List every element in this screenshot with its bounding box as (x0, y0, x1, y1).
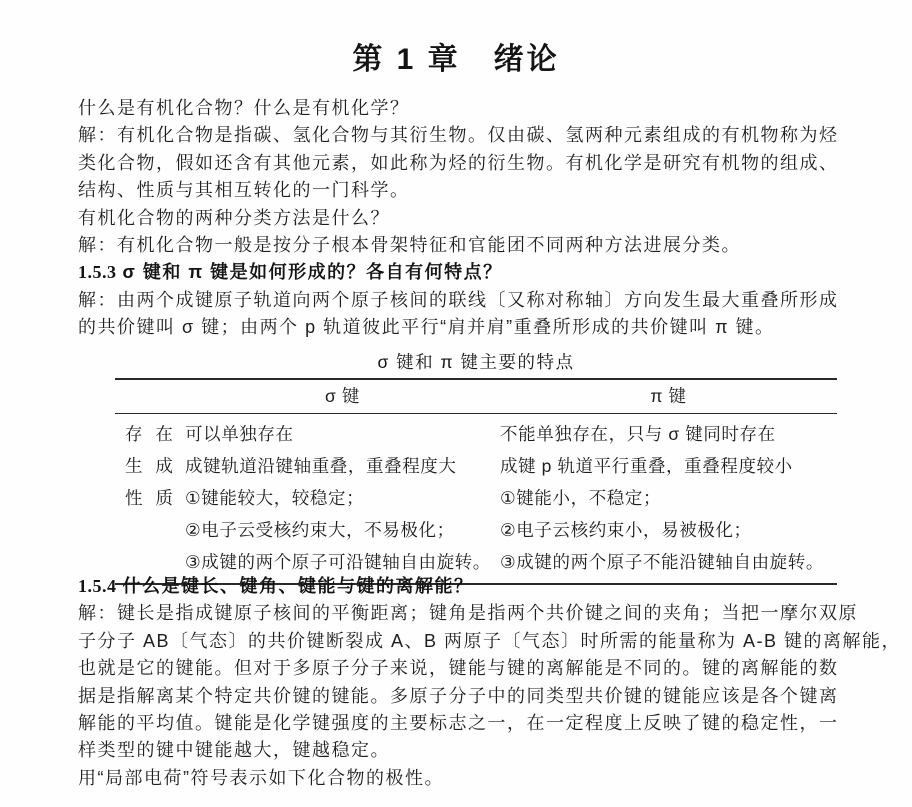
answer-line: 的共价键叫 σ 键；由两个 p 轨道彼此平行“肩并肩”重叠所形成的共价键叫 π … (78, 314, 862, 341)
table-header-pi: π 键 (500, 380, 837, 413)
answer-line: 解能的平均值。键能是化学键强度的主要标志之一，在一定程度上反映了键的稳定性，一 (78, 710, 862, 737)
chapter-title: 第 1 章 绪论 (0, 34, 912, 78)
pi-cell: 成键 p 轨道平行重叠，重叠程度较小 (500, 450, 837, 482)
pi-property-line: ①键能小，不稳定； (500, 482, 837, 514)
pi-cell: ①键能小，不稳定； ②电子云核约束小，易被极化； ③成键的两个原子不能沿键轴自由… (500, 482, 837, 578)
row-label: 存 在 (115, 418, 185, 450)
answer-line: 据是指解离某个特定共价键的键能。多原子分子中的同类型共价键的键能应该是各个键离 (78, 683, 862, 710)
table-row-properties: 性 质 ①键能较大，较稳定； ②电子云受核约束大，不易极化； ③成键的两个原子可… (115, 482, 837, 578)
table-body: 存 在 可以单独存在 不能单独存在，只与 σ 键同时存在 生 成 成键轨道沿键轴… (115, 414, 837, 578)
answer-line: 类化合物，假如还含有其他元素，如此称为烃的衍生物。有机化学是研究有机物的组成、 (78, 150, 862, 177)
question-line: 有机化合物的两种分类方法是什么？ (78, 205, 862, 232)
answer-line: 子分子 AB〔气态〕的共价键断裂成 A、B 两原子〔气态〕时所需的能量称为 A-… (78, 628, 862, 655)
section-number: 1.5.4 (78, 576, 117, 596)
row-label: 性 质 (115, 482, 185, 578)
lower-text-block: 1.5.4什么是键长、键角、键能与键的离解能？ 解：键长是指成键原子核间的平衡距… (78, 573, 862, 792)
table-row-formation: 生 成 成键轨道沿键轴重叠，重叠程度大 成键 p 轨道平行重叠，重叠程度较小 (115, 450, 837, 482)
section-heading-153: 1.5.3σ 键和 π 键是如何形成的？各自有何特点？ (78, 259, 862, 286)
sigma-cell: 成键轨道沿键轴重叠，重叠程度大 (185, 450, 500, 482)
pi-cell: 不能单独存在，只与 σ 键同时存在 (500, 418, 837, 450)
pi-property-line: ②电子云核约束小，易被极化； (500, 514, 837, 546)
answer-line: 样类型的键中键能越大，键越稳定。 (78, 737, 862, 764)
answer-line: 解：由两个成键原子轨道向两个原子核间的联线〔又称对称轴〕方向发生最大重叠所形成 (78, 287, 862, 314)
table-header-empty (115, 380, 185, 413)
sigma-property-line: ①键能较大，较稳定； (185, 482, 500, 514)
answer-line: 解：有机化合物一般是按分子根本骨架特征和官能团不同两种方法进展分类。 (78, 232, 862, 259)
answer-line: 结构、性质与其相互转化的一门科学。 (78, 177, 862, 204)
row-label: 生 成 (115, 450, 185, 482)
answer-line: 解：有机化合物是指碳、氢化合物与其衍生物。仅由碳、氢两种元素组成的有机物称为烃 (78, 122, 862, 149)
section-heading-text: σ 键和 π 键是如何形成的？各自有何特点？ (123, 262, 503, 282)
sigma-cell: ①键能较大，较稳定； ②电子云受核约束大，不易极化； ③成键的两个原子可沿键轴自… (185, 482, 500, 578)
sigma-property-line: ②电子云受核约束大，不易极化； (185, 514, 500, 546)
table-header-row: σ 键 π 键 (115, 380, 837, 413)
polarity-prompt-line: 用“局部电荷”符号表示如下化合物的极性。 (78, 765, 862, 792)
table-title: σ 键和 π 键主要的特点 (115, 349, 837, 376)
upper-text-block: 什么是有机化合物？什么是有机化学？ 解：有机化合物是指碳、氢化合物与其衍生物。仅… (78, 95, 862, 342)
bond-comparison-table: σ 键和 π 键主要的特点 σ 键 π 键 存 在 可以单独存在 不能单独存在，… (115, 349, 837, 585)
answer-line: 解：键长是指成键原子核间的平衡距离；键角是指两个共价键之间的夹角；当把一摩尔双原 (78, 600, 862, 627)
table-row-existence: 存 在 可以单独存在 不能单独存在，只与 σ 键同时存在 (115, 418, 837, 450)
section-number: 1.5.3 (78, 262, 117, 282)
section-heading-text: 什么是键长、键角、键能与键的离解能？ (123, 576, 474, 596)
document-page: 第 1 章 绪论 什么是有机化合物？什么是有机化学？ 解：有机化合物是指碳、氢化… (0, 0, 912, 807)
table-header-sigma: σ 键 (185, 380, 500, 413)
answer-line: 也就是它的键能。但对于多原子分子来说，键能与键的离解能是不同的。键的离解能的数 (78, 655, 862, 682)
sigma-cell: 可以单独存在 (185, 418, 500, 450)
section-heading-154: 1.5.4什么是键长、键角、键能与键的离解能？ (78, 573, 862, 600)
question-line: 什么是有机化合物？什么是有机化学？ (78, 95, 862, 122)
